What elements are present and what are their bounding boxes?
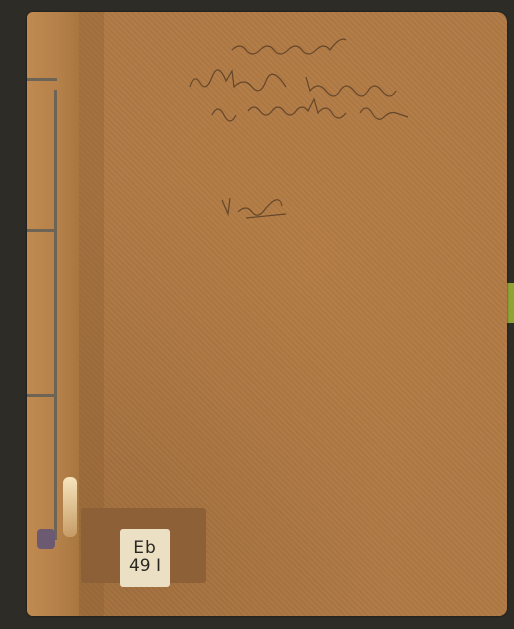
binding-stitch <box>27 394 57 397</box>
handwriting-line-3 <box>207 97 447 127</box>
book-cover: Eb 49 I <box>27 12 507 616</box>
binding-stitch <box>27 78 57 81</box>
handwriting-line-2 <box>185 67 435 97</box>
stain <box>37 529 55 549</box>
handwriting-line-1 <box>227 32 377 62</box>
binding-thread <box>54 90 57 540</box>
binding-stitch <box>27 229 57 232</box>
handwriting-signature <box>217 190 297 220</box>
light-glare <box>63 477 77 537</box>
shelf-label: Eb 49 I <box>120 529 170 587</box>
shelf-label-line-2: 49 I <box>129 558 161 576</box>
green-edge-tab <box>506 283 514 323</box>
